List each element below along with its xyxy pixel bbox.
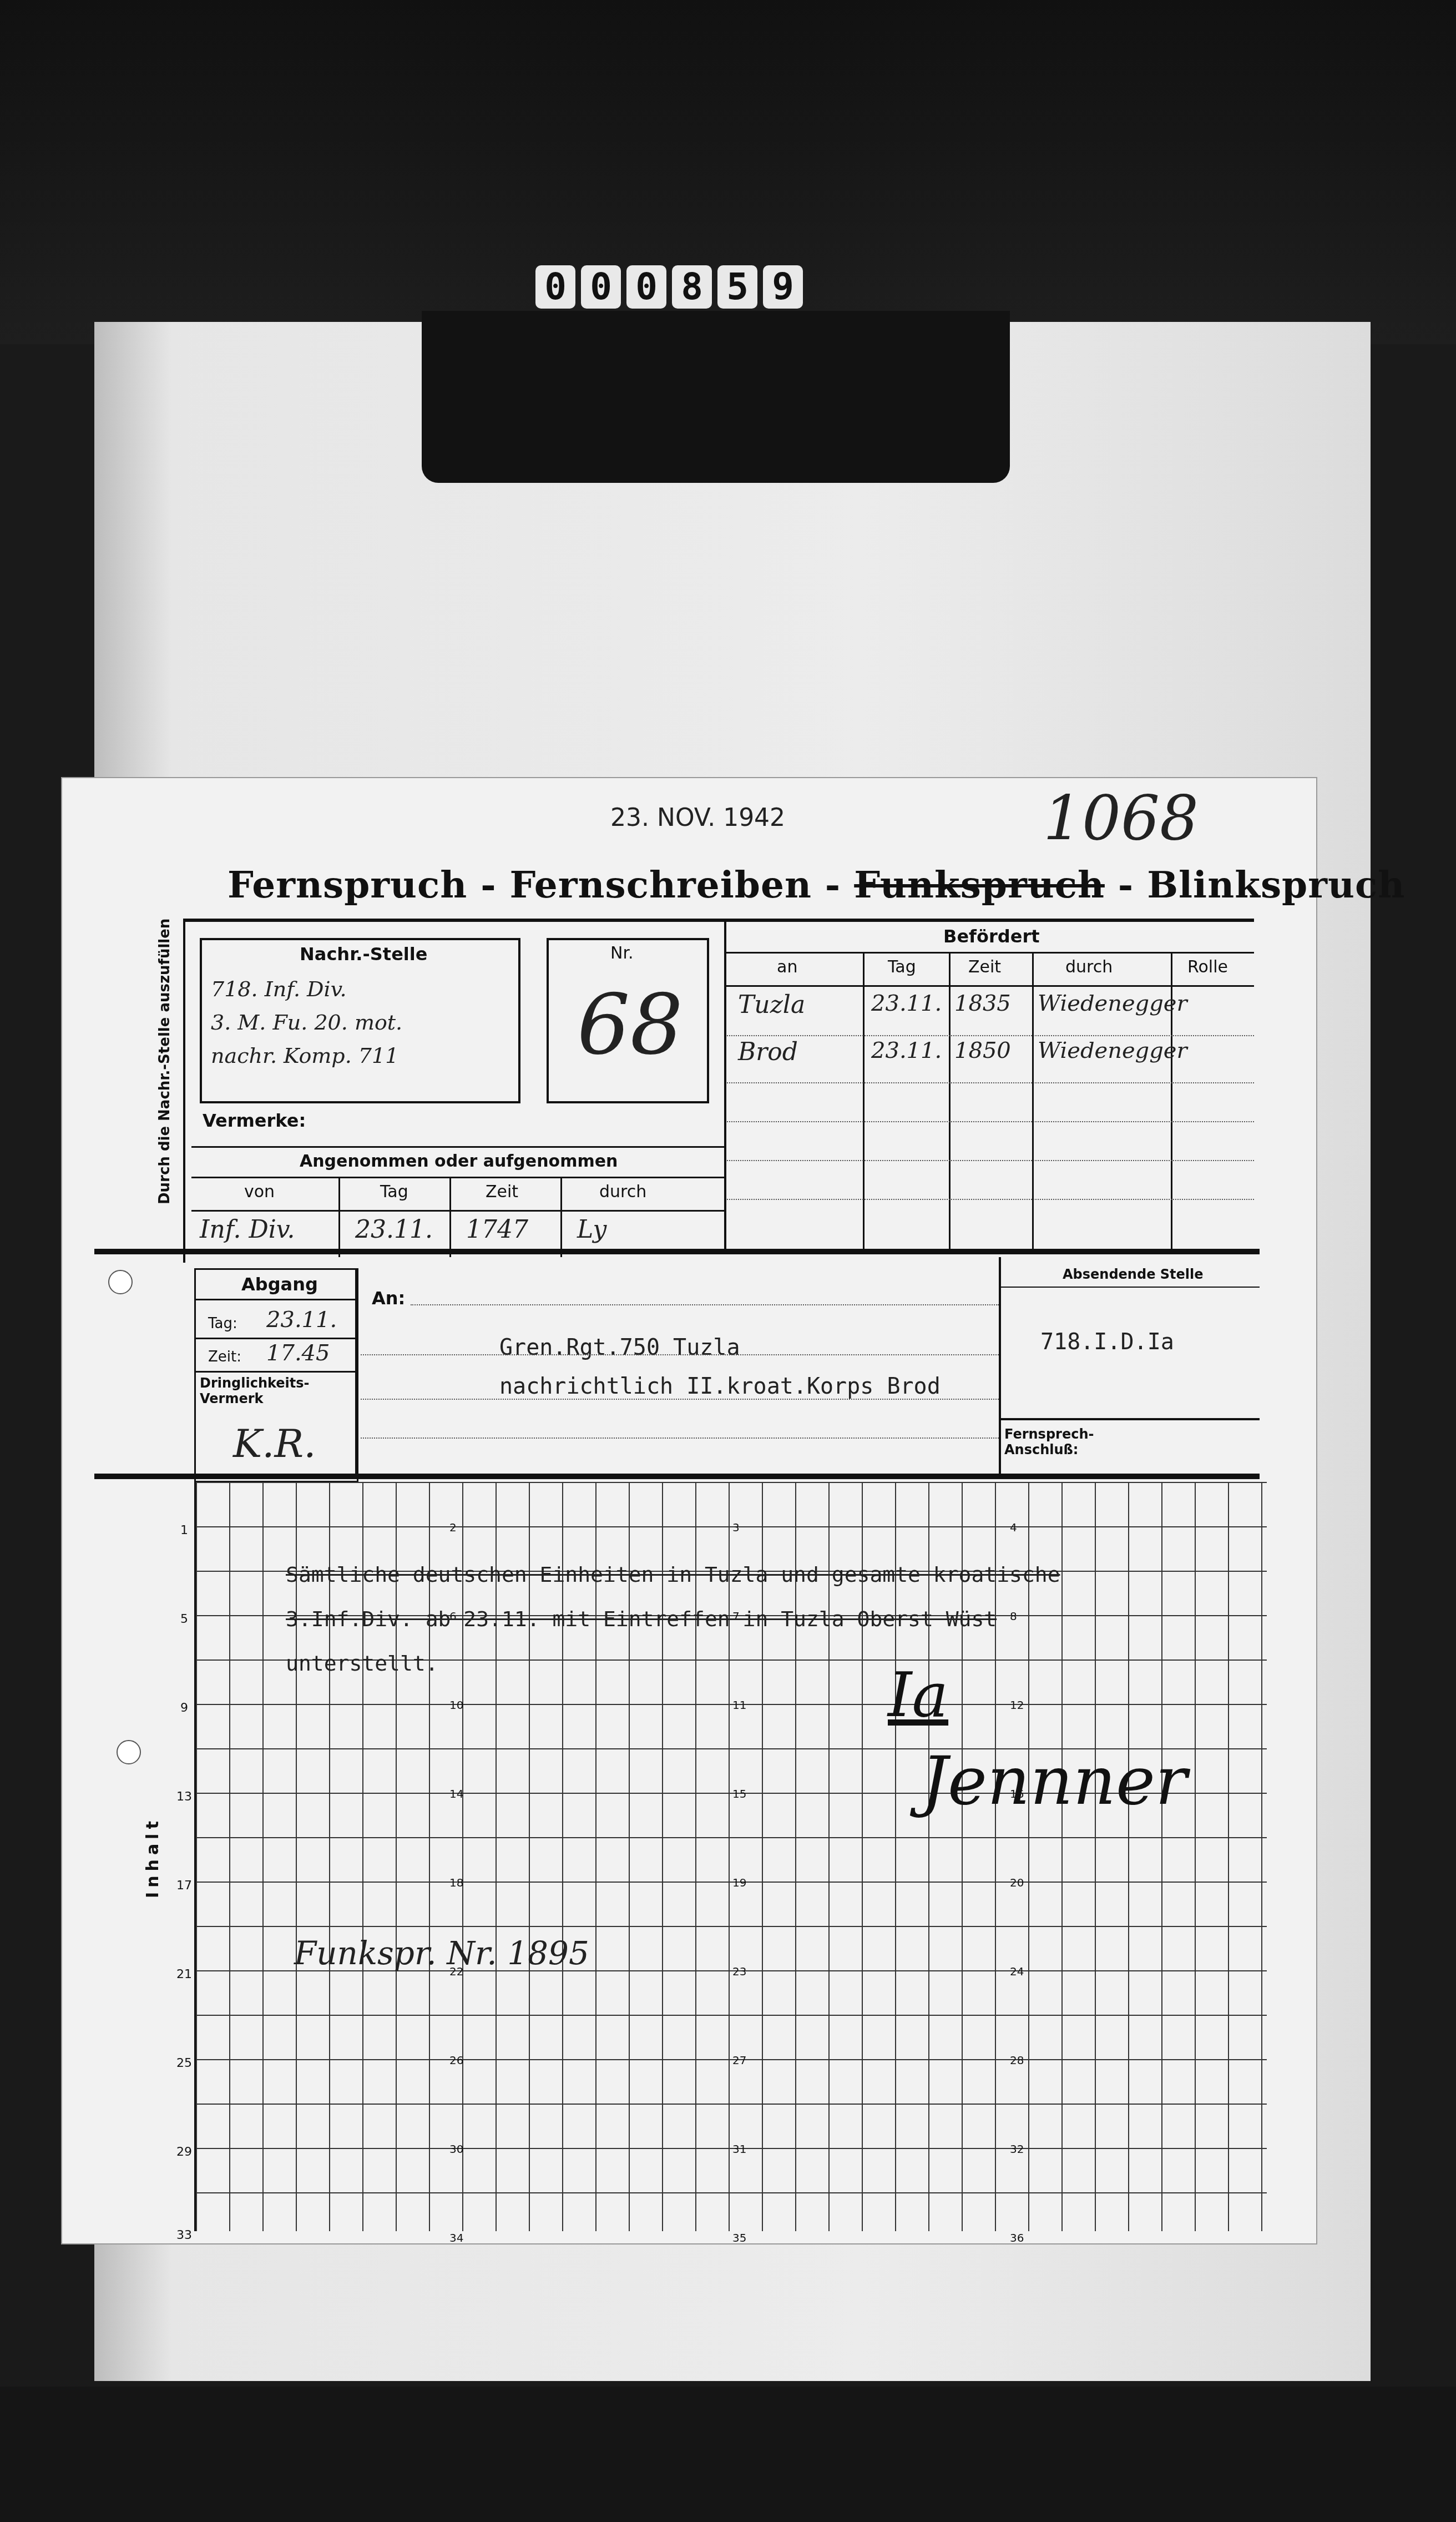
befoerdert-left-rule: [724, 921, 726, 1254]
absendende-rule: [999, 1287, 1260, 1288]
col-zeit-b: Zeit: [968, 957, 1001, 977]
dark-background-bottom: [0, 2387, 1456, 2522]
abgang-rule-1: [194, 1299, 355, 1300]
column-number: 28: [1010, 2054, 1024, 2067]
column-number: 12: [1010, 1698, 1024, 1712]
col-an: an: [777, 957, 797, 977]
col-zeit: Zeit: [486, 1182, 518, 1202]
befoerdert-vline-3: [1032, 952, 1034, 1254]
befoerdert-row2-zeit: 1850: [954, 1038, 1011, 1063]
absendende-stelle-label: Absendende Stelle: [1063, 1267, 1204, 1282]
row-number-29: 29: [176, 2145, 192, 2159]
column-number: 27: [732, 2054, 746, 2067]
befoerdert-heading: Befördert: [943, 926, 1039, 947]
abgang-zeit-value: 17.45: [266, 1340, 330, 1366]
punch-hole-1: [108, 1270, 133, 1294]
dringlichkeit-value: K.R.: [233, 1421, 316, 1466]
abgang-tag-label: Tag:: [208, 1315, 237, 1332]
column-number: 24: [1010, 1965, 1024, 1978]
befoerdert-dotted-4: [727, 1160, 1254, 1161]
column-number: 35: [732, 2231, 746, 2244]
section-divider-1: [94, 1249, 1260, 1254]
message-line-1: Sämtliche deutschen Einheiten in Tuzla u…: [286, 1562, 1060, 1587]
handwritten-doc-number: 1068: [1043, 783, 1199, 854]
angenommen-top-rule: [191, 1146, 724, 1148]
nr-value: 68: [577, 977, 683, 1073]
message-line-3-text: unterstellt.: [286, 1651, 438, 1676]
row-number-17: 17: [176, 1879, 192, 1893]
angenommen-durch: Ly: [577, 1215, 606, 1244]
column-number: 4: [1010, 1521, 1017, 1534]
befoerdert-row1-durch: Wiedenegger: [1038, 991, 1187, 1016]
column-number: 36: [1010, 2231, 1024, 2244]
column-number: 11: [732, 1698, 746, 1712]
nachr-stelle-line-2: 3. M. Fu. 20. mot.: [211, 1010, 402, 1035]
counter-digit: 0: [626, 265, 666, 309]
an-left-rule: [355, 1268, 357, 1479]
nachr-stelle-line-1: 718. Inf. Div.: [211, 977, 347, 1001]
befoerdert-row2-tag: 23.11.: [871, 1038, 942, 1063]
angenommen-von: Inf. Div.: [200, 1215, 295, 1244]
punch-hole-2: [117, 1740, 141, 1764]
column-number: 8: [1010, 1610, 1017, 1623]
header-rule: [183, 919, 1254, 922]
column-number: 10: [449, 1698, 463, 1712]
nr-label: Nr.: [610, 944, 634, 963]
abgang-rule-2: [194, 1338, 355, 1339]
counter-digit: 0: [581, 265, 621, 309]
column-number: 20: [1010, 1876, 1024, 1889]
col-tag-b: Tag: [888, 957, 916, 977]
col-durch-b: durch: [1065, 957, 1113, 977]
absendende-stelle-value: 718.I.D.Ia: [1040, 1329, 1174, 1355]
message-line-3: unterstellt.: [286, 1651, 438, 1676]
funk-note: Funkspr. Nr. 1895: [294, 1934, 589, 1972]
inhalt-label: Inhalt: [143, 1817, 163, 1898]
befoerdert-dotted-5: [727, 1199, 1254, 1200]
befoerdert-row2-an: Brod: [738, 1038, 798, 1066]
nachr-stelle-label: Nachr.-Stelle: [300, 944, 427, 965]
column-number: 30: [449, 2142, 463, 2156]
counter-digit: 0: [535, 265, 575, 309]
an-dotted-3: [361, 1399, 999, 1400]
angenommen-rule-3: [191, 1210, 724, 1212]
column-number: 23: [732, 1965, 746, 1978]
abgang-zeit-label: Zeit:: [208, 1349, 241, 1365]
fernsprech-anschluss-label: Fernsprech-Anschluß:: [1004, 1426, 1104, 1457]
angenommen-tag: 23.11.: [355, 1215, 433, 1244]
befoerdert-row2-durch: Wiedenegger: [1038, 1038, 1187, 1063]
message-line-2-text: 3.Inf.Div. ab 23.11. mit Eintreffen in T…: [286, 1607, 997, 1631]
abgang-rule-3: [194, 1371, 355, 1373]
angenommen-vline-3: [560, 1177, 562, 1257]
left-rule: [183, 919, 185, 1263]
col-rolle: Rolle: [1187, 957, 1228, 977]
title-blinkspruch: Blinkspruch: [1147, 863, 1405, 906]
an-dotted-2: [361, 1354, 999, 1355]
form-title: Fernspruch - Fernschreiben - Funkspruch …: [228, 863, 1405, 906]
row-number-21: 21: [176, 1968, 192, 1981]
date-stamp: 23. NOV. 1942: [610, 804, 785, 832]
befoerdert-row1-tag: 23.11.: [871, 991, 942, 1016]
counter-digit: 8: [672, 265, 712, 309]
befoerdert-dotted-2: [727, 1082, 1254, 1083]
row-number-13: 13: [176, 1790, 192, 1804]
befoerdert-rule-2: [724, 985, 1254, 987]
nachr-stelle-line-3: nachr. Komp. 711: [211, 1043, 398, 1068]
title-fernschreiben: Fernschreiben: [510, 863, 812, 906]
an-dotted-4: [361, 1437, 999, 1439]
befoerdert-dotted-3: [727, 1121, 1254, 1122]
angenommen-heading: Angenommen oder aufgenommen: [300, 1152, 618, 1171]
befoerdert-vline-1: [863, 952, 865, 1254]
message-line-1-text: Sämtliche deutschen Einheiten in Tuzla u…: [286, 1562, 1060, 1587]
row-number-9: 9: [180, 1701, 188, 1715]
inhalt-grid: [194, 1482, 1267, 2231]
col-durch: durch: [599, 1182, 646, 1202]
title-fernspruch: Fernspruch: [228, 863, 467, 906]
message-line-2: 3.Inf.Div. ab 23.11. mit Eintreffen in T…: [286, 1607, 997, 1631]
row-number-33: 33: [176, 2228, 192, 2242]
fernsprech-rule: [999, 1418, 1260, 1420]
row-number-1: 1: [180, 1524, 188, 1537]
column-number: 18: [449, 1876, 463, 1889]
befoerdert-dotted-1: [727, 1035, 1254, 1036]
column-number: 19: [732, 1876, 746, 1889]
vermerke-label: Vermerke:: [203, 1110, 306, 1131]
column-number: 34: [449, 2231, 463, 2244]
row-number-25: 25: [176, 2056, 192, 2070]
column-number: 31: [732, 2142, 746, 2156]
befoerdert-row1-an: Tuzla: [738, 991, 805, 1019]
befoerdert-vline-2: [949, 952, 951, 1254]
col-von: von: [244, 1182, 275, 1202]
section-divider-2: [94, 1474, 1260, 1479]
befoerdert-rule-1: [724, 952, 1254, 954]
col-tag: Tag: [380, 1182, 408, 1202]
counter-digit: 5: [717, 265, 757, 309]
row-number-5: 5: [180, 1612, 188, 1626]
befoerdert-row1-zeit: 1835: [954, 991, 1011, 1016]
absendende-left-rule: [999, 1257, 1001, 1479]
signature-title: Ia: [888, 1660, 948, 1731]
angenommen-rule-2: [191, 1177, 724, 1178]
abgang-tag-value: 23.11.: [266, 1307, 337, 1333]
column-number: 32: [1010, 2142, 1024, 2156]
signature-name: Jennner: [921, 1743, 1187, 1820]
clip-clamp: [422, 311, 1010, 483]
angenommen-vline-1: [338, 1177, 340, 1257]
column-number: 3: [732, 1521, 740, 1534]
counter-digit: 9: [763, 265, 803, 309]
frame-counter: 000859: [535, 265, 803, 310]
an-dotted-1: [411, 1304, 999, 1305]
column-number: 14: [449, 1787, 463, 1800]
title-funkspruch: Funkspruch: [854, 863, 1105, 906]
an-label: An:: [372, 1288, 405, 1309]
angenommen-vline-2: [449, 1177, 451, 1257]
dringlichkeit-label: Dringlichkeits-Vermerk: [200, 1375, 289, 1406]
column-number: 2: [449, 1521, 457, 1534]
angenommen-zeit: 1747: [466, 1215, 528, 1244]
column-number: 26: [449, 2054, 463, 2067]
an-line-2: nachrichtlich II.kroat.Korps Brod: [499, 1374, 941, 1399]
an-line-1: Gren.Rgt.750 Tuzla: [499, 1335, 740, 1360]
side-label: Durch die Nachr.-Stelle auszufüllen: [156, 919, 173, 1204]
abgang-label: Abgang: [241, 1274, 318, 1295]
column-number: 15: [732, 1787, 746, 1800]
